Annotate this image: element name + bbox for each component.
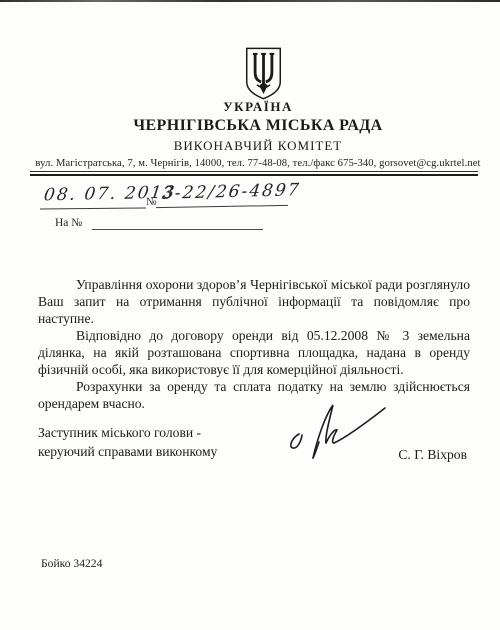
country-title: УКРАЇНА [20,99,496,115]
scan-artifact-top-edge [0,0,500,2]
reply-to-label: На № [55,217,82,229]
number-underline [156,205,288,208]
organization-title: ЧЕРНІГІВСЬКА МІСЬКА РАДА [20,117,496,135]
paragraph-2: Відповідно до договору оренди від 05.12.… [38,327,470,378]
number-sign: № [146,196,157,208]
header-divider-thin [30,171,478,172]
paragraph-3: Розрахунки за оренду та сплата податку н… [38,378,470,412]
ukraine-trident-emblem-icon [243,45,284,102]
paragraph-1: Управління охорони здоров’я Чернігівсько… [38,276,470,327]
handwritten-outgoing-number: 3-22/26-4897 [161,180,302,204]
signatory-name: С. Г. Віхров [398,447,467,463]
executor-note: Бойко 34224 [41,557,102,570]
reply-to-blank-line [92,229,263,230]
signatory-title: Заступник міського голови - керуючий спр… [38,424,217,461]
address-line: вул. Магістратська, 7, м. Чернігів, 1400… [20,158,496,169]
scanned-letter-page: УКРАЇНА ЧЕРНІГІВСЬКА МІСЬКА РАДА ВИКОНАВ… [0,0,500,630]
handwritten-date: 08. 07. 2013 [43,183,178,206]
handwritten-signature [283,396,388,460]
department-title: ВИКОНАВЧИЙ КОМІТЕТ [20,138,496,154]
header-divider-thick [30,174,478,176]
letter-body: Управління охорони здоров’я Чернігівсько… [38,276,470,412]
date-underline [40,207,146,209]
